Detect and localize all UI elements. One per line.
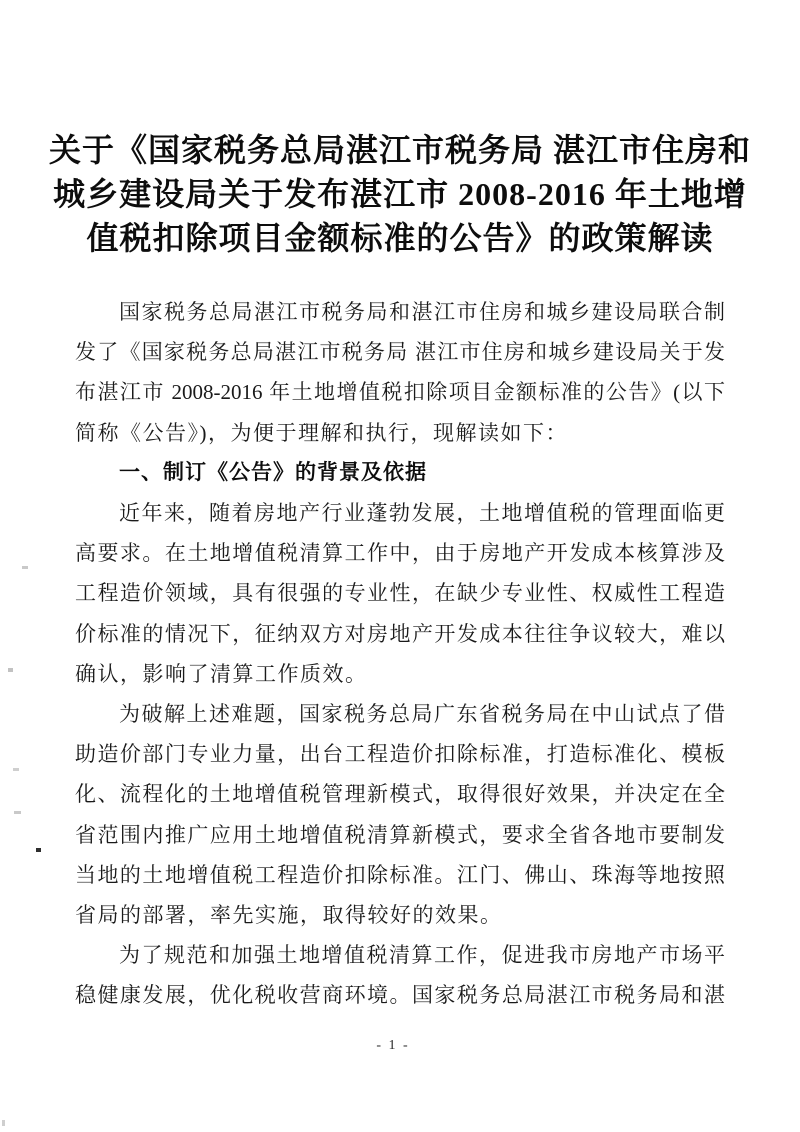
paragraph-line: 国家税务总局湛江市税务局和湛江市住房和城乡建设局联合制 xyxy=(75,292,725,332)
scan-speck xyxy=(2,1120,5,1126)
paragraph-line: 发了《国家税务总局湛江市税务局 湛江市住房和城乡建设局关于发 xyxy=(75,332,725,372)
title-line: 关于《国家税务总局湛江市税务局 湛江市住房和 xyxy=(40,128,760,172)
paragraph-line: 化、流程化的土地增值税管理新模式，取得很好效果，并决定在全 xyxy=(75,774,725,814)
scan-speck xyxy=(14,811,21,814)
paragraph-line: 为了规范和加强土地增值税清算工作，促进我市房地产市场平 xyxy=(75,935,725,975)
paragraph-line: 价标准的情况下，征纳双方对房地产开发成本往往争议较大，难以 xyxy=(75,614,725,654)
scan-speck xyxy=(8,668,13,672)
scan-speck xyxy=(13,768,19,771)
paragraph-line: 布湛江市 2008-2016 年土地增值税扣除项目金额标准的公告》(以下 xyxy=(75,372,725,412)
paragraph-line: 为破解上述难题，国家税务总局广东省税务局在中山试点了借 xyxy=(75,694,725,734)
title-line: 值税扣除项目金额标准的公告》的政策解读 xyxy=(40,216,760,260)
paragraph-line: 近年来，随着房地产行业蓬勃发展，土地增值税的管理面临更 xyxy=(75,493,725,533)
paragraph-line: 助造价部门专业力量，出台工程造价扣除标准，打造标准化、模板 xyxy=(75,734,725,774)
paragraph-line: 高要求。在土地增值税清算工作中，由于房地产开发成本核算涉及 xyxy=(75,533,725,573)
paragraph-line: 简称《公告》)，为便于理解和执行，现解读如下： xyxy=(75,413,725,453)
paragraph-line: 稳健康发展，优化税收营商环境。国家税务总局湛江市税务局和湛 xyxy=(75,975,725,1015)
paragraph-line: 省范围内推广应用土地增值税清算新模式，要求全省各地市要制发 xyxy=(75,815,725,855)
paragraph-line: 省局的部署，率先实施，取得较好的效果。 xyxy=(75,895,725,935)
document-page: 关于《国家税务总局湛江市税务局 湛江市住房和 城乡建设局关于发布湛江市 2008… xyxy=(0,0,800,1132)
paragraph-line: 工程造价领域，具有很强的专业性，在缺少专业性、权威性工程造 xyxy=(75,573,725,613)
paragraph-line: 确认，影响了清算工作质效。 xyxy=(75,654,725,694)
document-body: 国家税务总局湛江市税务局和湛江市住房和城乡建设局联合制 发了《国家税务总局湛江市… xyxy=(75,292,725,1016)
scan-speck xyxy=(36,848,41,852)
title-line: 城乡建设局关于发布湛江市 2008-2016 年土地增 xyxy=(40,172,760,216)
document-title: 关于《国家税务总局湛江市税务局 湛江市住房和 城乡建设局关于发布湛江市 2008… xyxy=(40,128,760,260)
scan-speck xyxy=(22,566,28,569)
section-heading: 一、制订《公告》的背景及依据 xyxy=(75,453,725,493)
paragraph-line: 当地的土地增值税工程造价扣除标准。江门、佛山、珠海等地按照 xyxy=(75,855,725,895)
page-number: - 1 - xyxy=(0,1038,786,1054)
